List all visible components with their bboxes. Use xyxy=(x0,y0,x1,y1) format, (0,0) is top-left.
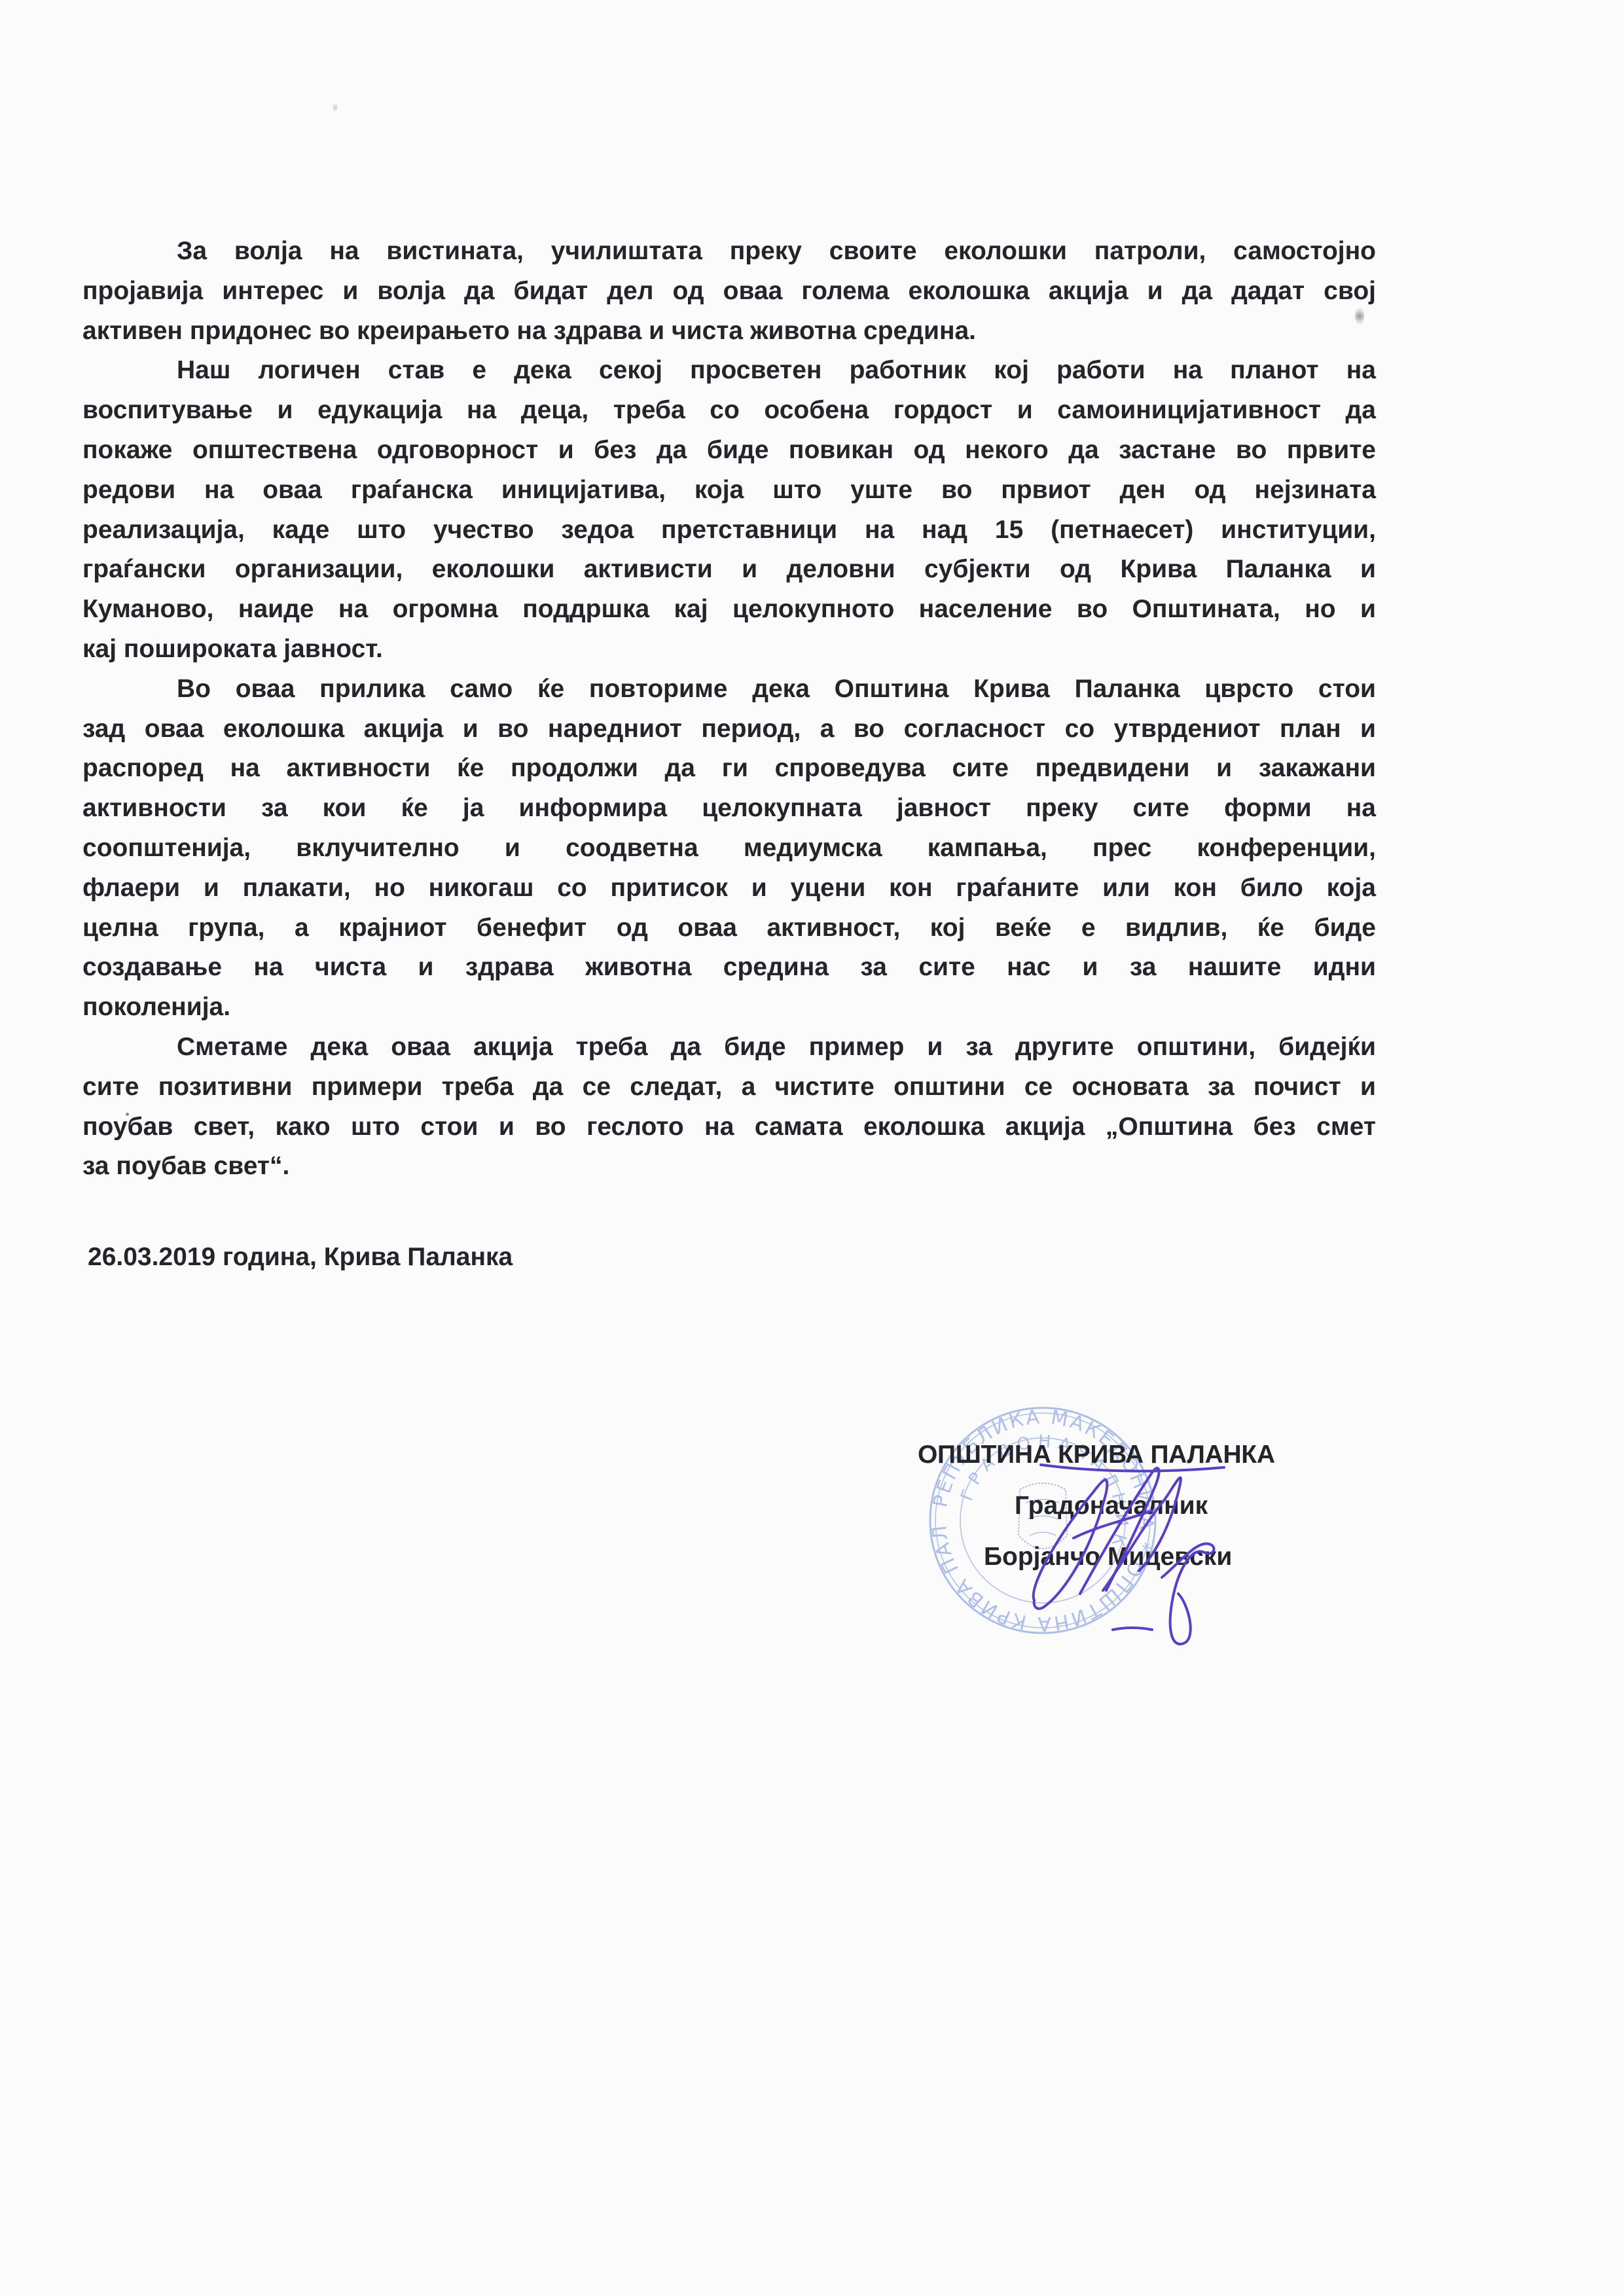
text-line: соопштенија, вклучително и соодветна мед… xyxy=(82,829,1376,869)
text-line: За волја на вистината, училиштата преку … xyxy=(82,232,1376,272)
text-line: целна група, а крајниот бенефит од оваа … xyxy=(82,908,1376,948)
date-and-place: 26.03.2019 година, Крива Паланка xyxy=(88,1241,513,1274)
text-line: активности за кои ќе ја информира целоку… xyxy=(82,789,1376,829)
text-line: поколенија. xyxy=(82,988,1376,1028)
text-line: поубав свет, како што стои и во геслото … xyxy=(82,1107,1376,1147)
text-line: Во оваа прилика само ќе повториме дека О… xyxy=(82,670,1376,709)
text-line: воспитување и едукација на деца, треба с… xyxy=(82,391,1376,431)
text-line: создавање на чиста и здрава животна сред… xyxy=(82,948,1376,988)
text-line: кај пошироката јавност. xyxy=(82,630,1376,670)
paragraph-1: За волја на вистината, училиштата преку … xyxy=(82,232,1376,351)
text-line: за поубав свет“. xyxy=(82,1147,1376,1187)
text-line: флаери и плакати, но никогаш со притисок… xyxy=(82,869,1376,908)
text-line: Наш логичен став е дека секој просветен … xyxy=(82,351,1376,391)
text-line: распоред на активности ќе продолжи да ги… xyxy=(82,749,1376,789)
paragraph-3: Во оваа прилика само ќе повториме дека О… xyxy=(82,670,1376,1028)
letter-body: За волја на вистината, училиштата преку … xyxy=(82,232,1376,1187)
text-line: зад оваа еколошка акција и во наредниот … xyxy=(82,709,1376,749)
text-line: сите позитивни примери треба да се следа… xyxy=(82,1067,1376,1107)
text-line: пројавија интерес и волја да бидат дел о… xyxy=(82,272,1376,312)
text-line: редови на оваа граѓанска иницијатива, ко… xyxy=(82,471,1376,511)
scanned-letter-page: За волја на вистината, училиштата преку … xyxy=(0,0,1624,2296)
paragraph-2: Наш логичен став е дека секој просветен … xyxy=(82,351,1376,669)
text-line: активен придонес во креирањето на здрава… xyxy=(82,312,1376,351)
text-line: покаже општествена одговорност и без да … xyxy=(82,431,1376,471)
text-line: Куманово, наиде на огромна поддршка кај … xyxy=(82,590,1376,630)
text-line: Сметаме дека оваа акција треба да биде п… xyxy=(82,1028,1376,1067)
text-line: реализација, каде што учество зедоа прет… xyxy=(82,511,1376,550)
scan-speck xyxy=(333,103,338,111)
paragraph-4: Сметаме дека оваа акција треба да биде п… xyxy=(82,1028,1376,1187)
handwritten-signature-icon xyxy=(1021,1433,1244,1656)
text-line: граѓански организации, еколошки активист… xyxy=(82,550,1376,590)
